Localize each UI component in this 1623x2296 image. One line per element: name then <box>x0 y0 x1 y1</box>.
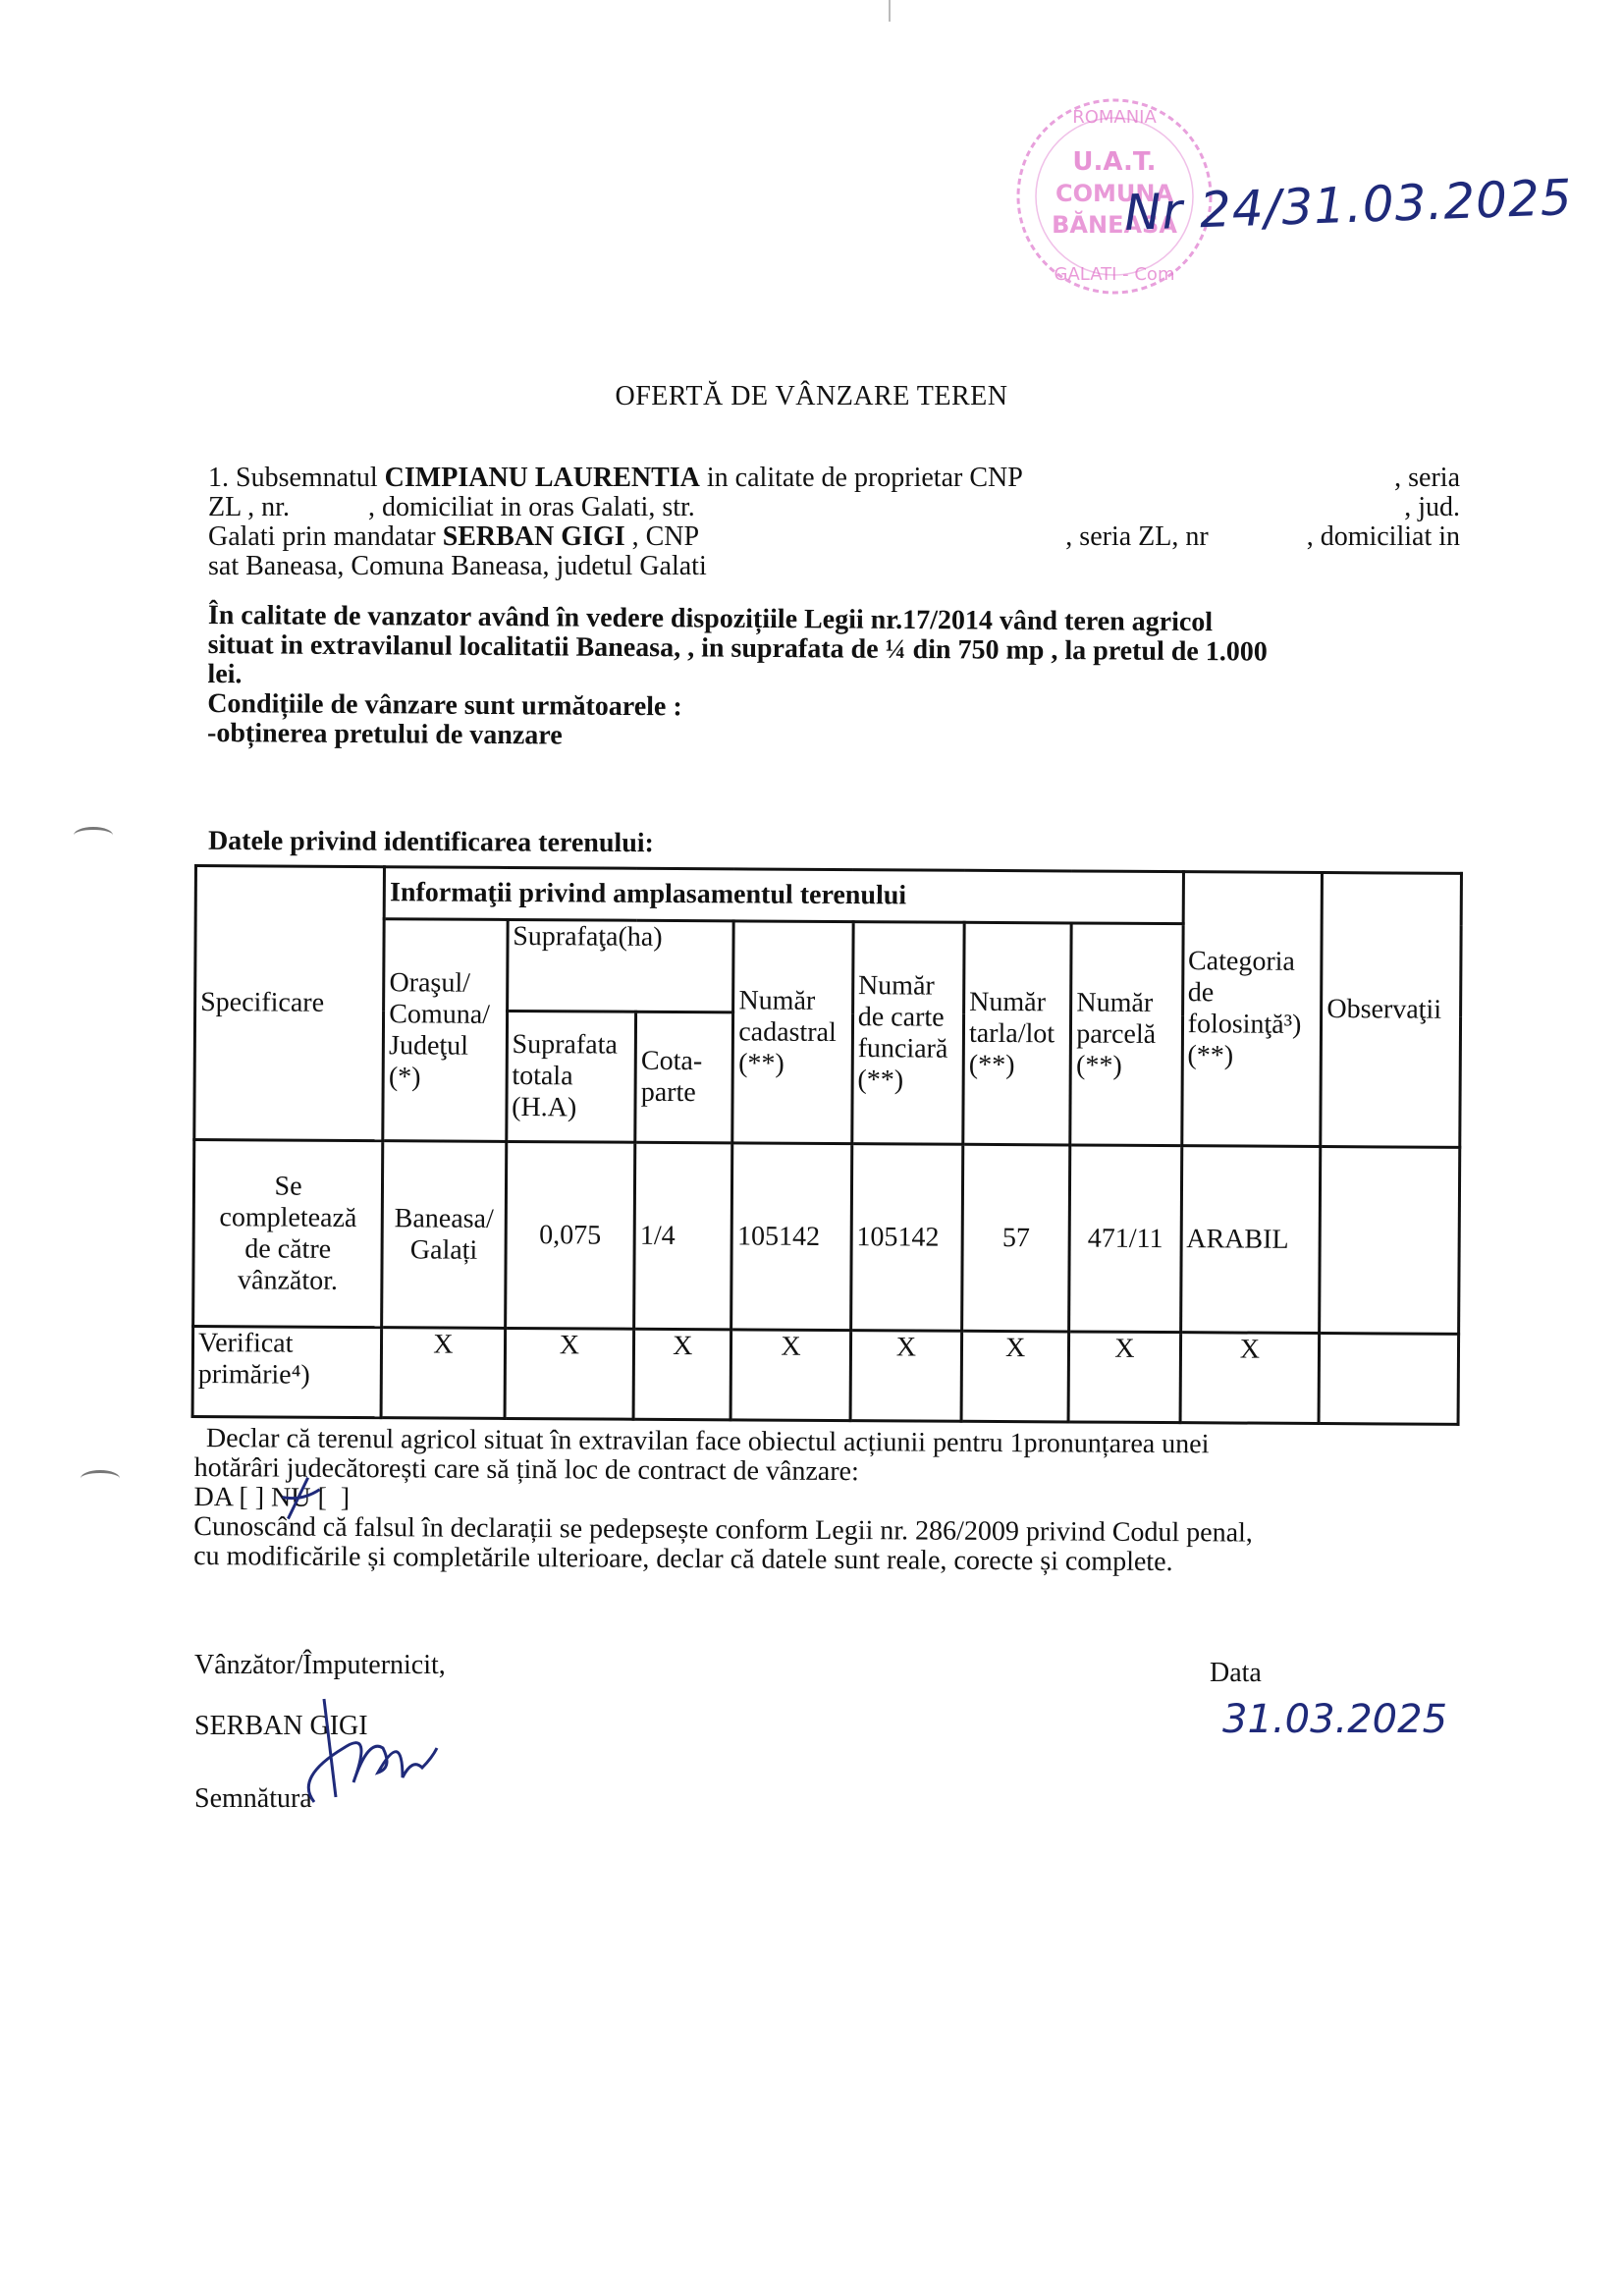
header-parcela: Numărparcelă(**) <box>1070 923 1183 1146</box>
role-label: Vânzător/Împuternicit, <box>194 1650 446 1681</box>
cell-localitate: X <box>381 1328 505 1419</box>
header-suprafata-totala: Suprafatatotala(H.A) <box>506 1011 635 1142</box>
handwritten-signature <box>285 1689 452 1827</box>
intro-line-1: 1. Subsemnatul CIMPIANU LAURENTIA in cal… <box>208 464 1460 493</box>
cell-parcela: 471/11 <box>1069 1145 1181 1333</box>
offer-paragraph: În calitate de vanzator având în vedere … <box>207 601 1460 757</box>
agent-name: SERBAN GIGI <box>443 521 625 552</box>
header-cota: Cota-parte <box>635 1011 733 1143</box>
cell-observatii <box>1320 1147 1460 1335</box>
cell-tarla: 57 <box>962 1144 1070 1332</box>
header-group-amplasament: Informaţii privind amplasamentul terenul… <box>384 867 1183 924</box>
intro-paragraph: 1. Subsemnatul CIMPIANU LAURENTIA in cal… <box>208 464 1460 581</box>
date-value: 31.03.2025 <box>1222 1697 1447 1742</box>
cell-suprafata-totala: 0,075 <box>505 1141 635 1329</box>
cell-cota: X <box>633 1329 731 1420</box>
svg-text:GALATI - Com: GALATI - Com <box>1055 264 1175 285</box>
cell-parcela: X <box>1068 1332 1180 1423</box>
choice-da-checkbox[interactable]: DA [ ] <box>193 1482 264 1512</box>
cell-suprafata-totala: X <box>505 1328 634 1419</box>
table-row: Verificatprimărie⁴) X X X X X X X X <box>192 1327 1459 1425</box>
header-localitate: Oraşul/Comuna/Judeţul(*) <box>383 919 508 1142</box>
header-categorie: Categoriadefolosinţă³)(**) <box>1181 872 1322 1147</box>
cell-cadastral: X <box>730 1330 850 1421</box>
row-label: Secompleteazăde cătrevânzător. <box>193 1140 383 1328</box>
cell-categorie: ARABIL <box>1180 1146 1321 1334</box>
intro-line-3: Galati prin mandatar SERBAN GIGI , CNP ,… <box>208 522 1460 552</box>
header-specificare: Specificare <box>194 866 385 1141</box>
table-row: Secompleteazăde cătrevânzător. Baneasa/G… <box>193 1140 1460 1335</box>
cell-localitate: Baneasa/Galați <box>382 1141 507 1329</box>
header-carte-funciara: Numărde cartefunciară(**) <box>852 922 965 1145</box>
cell-categorie: X <box>1180 1333 1320 1424</box>
intro-line-4: sat Baneasa, Comuna Baneasa, judetul Gal… <box>208 552 1460 581</box>
svg-text:U.A.T.: U.A.T. <box>1072 147 1156 177</box>
declaration-paragraph: Declar că terenul agricol situat în extr… <box>193 1424 1471 1579</box>
table-section-heading: Datele privind identificarea terenului: <box>208 826 654 859</box>
cell-carte-funciara: 105142 <box>850 1144 962 1332</box>
cell-carte-funciara: X <box>850 1331 962 1422</box>
punch-hole-mark <box>81 1470 120 1487</box>
check-mark-icon <box>282 1476 321 1521</box>
scan-mark <box>889 0 891 22</box>
cell-tarla: X <box>961 1331 1069 1422</box>
punch-hole-mark <box>74 827 113 844</box>
svg-text:ROMANIA: ROMANIA <box>1072 107 1157 128</box>
row-label: Verificatprimărie⁴) <box>192 1327 382 1418</box>
cell-cota: 1/4 <box>634 1142 732 1330</box>
cell-observatii <box>1319 1334 1458 1425</box>
document-title: OFERTĂ DE VÂNZARE TEREN <box>0 381 1623 412</box>
header-suprafata-group: Suprafaţa(ha) <box>507 919 733 1011</box>
header-cadastral: Numărcadastral(**) <box>732 921 853 1144</box>
date-label: Data <box>1210 1658 1262 1689</box>
intro-line-2: ZL , nr., domiciliat in oras Galati, str… <box>208 493 1460 522</box>
header-observatii: Observaţii <box>1321 873 1461 1148</box>
owner-name: CIMPIANU LAURENTIA <box>385 463 700 493</box>
header-tarla: Numărtarla/lot(**) <box>963 922 1072 1145</box>
land-identification-table: Specificare Informaţii privind amplasame… <box>191 864 1463 1426</box>
cell-cadastral: 105142 <box>731 1143 852 1331</box>
